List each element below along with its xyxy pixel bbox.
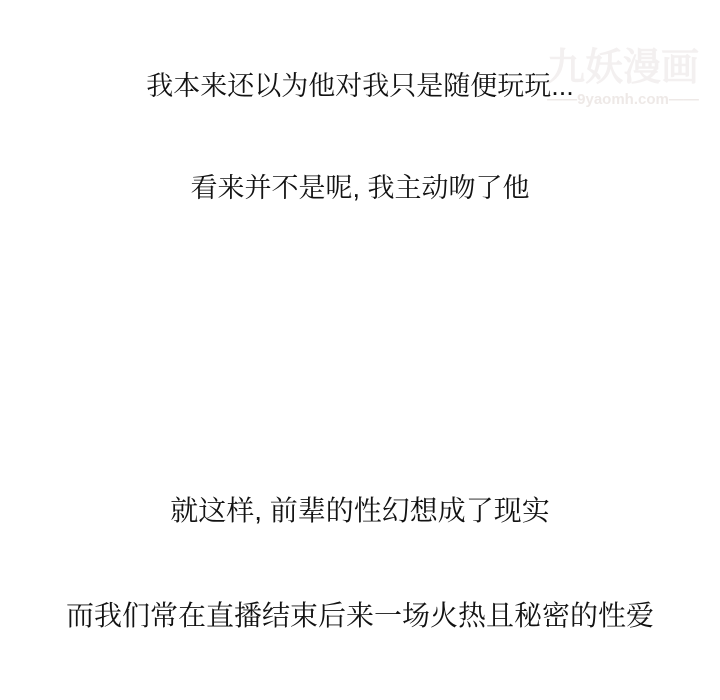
caption-bottom-line-1: 就这样, 前辈的性幻想成了现实 — [0, 493, 720, 528]
caption-bottom-line-2: 而我们常在直播结束后来一场火热且秘密的性爱 — [0, 598, 720, 633]
site-watermark-logo: 九妖漫画 — [538, 46, 708, 90]
site-watermark: 九妖漫画 ——9yaomh.com—— — [538, 46, 708, 108]
site-watermark-url: ——9yaomh.com—— — [538, 92, 708, 108]
caption-top: 我本来还以为他对我只是随便玩玩... 看来并不是呢, 我主动吻了他 — [0, 1, 720, 239]
comic-page: { "page": { "background_color": "#ffffff… — [0, 0, 720, 700]
caption-top-line-2: 看来并不是呢, 我主动吻了他 — [0, 171, 720, 205]
caption-bottom: 就这样, 前辈的性幻想成了现实 而我们常在直播结束后来一场火热且秘密的性爱 — [0, 423, 720, 668]
